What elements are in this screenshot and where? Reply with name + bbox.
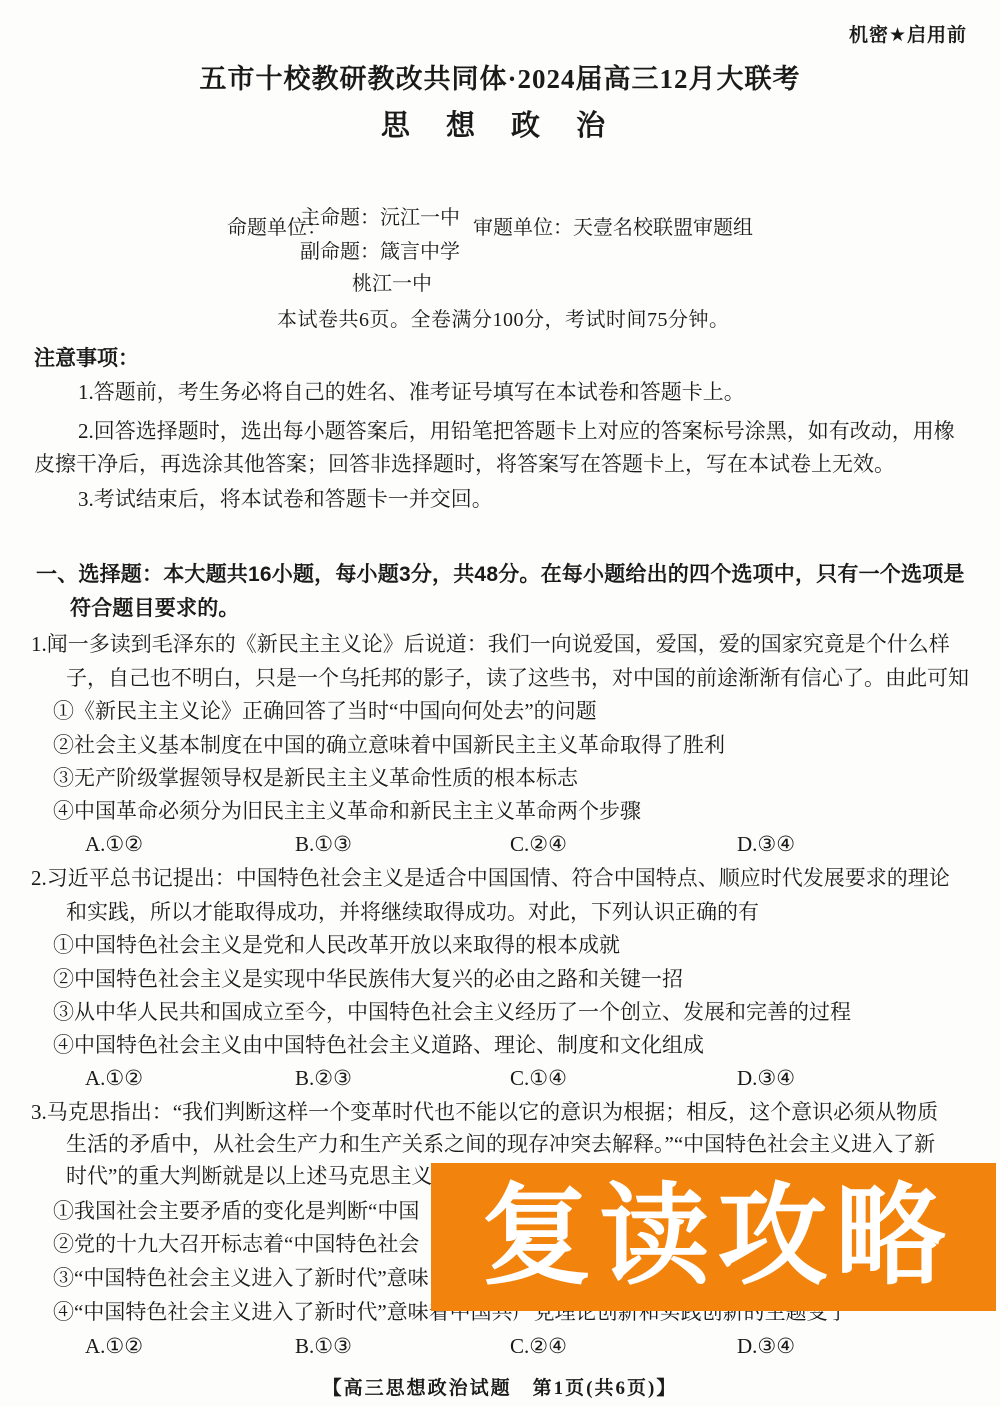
q1-line-1: 1.闻一多读到毛泽东的《新民主主义论》后说道：我们一向说爱国，爱国，爱的国家究竟… [31, 632, 950, 656]
q2-option-d: D.③④ [737, 1066, 795, 1090]
notice-heading: 注意事项： [34, 347, 139, 371]
q2-item-1: ①中国特色社会主义是党和人民改革开放以来取得的根本成就 [53, 933, 620, 957]
reviewer-unit: 审题单位：天壹名校联盟审题组 [473, 216, 753, 240]
co-setter-2: 桃江一中 [352, 272, 432, 296]
q1-item-4: ④中国革命必须分为旧民主主义革命和新民主主义革命两个步骤 [53, 799, 641, 823]
q1-item-2: ②社会主义基本制度在中国的确立意味着中国新民主主义革命取得了胜利 [53, 733, 725, 757]
q3-item-3: ③“中国特色社会主义进入了新时代”意味 [53, 1266, 429, 1290]
q1-item-1: ①《新民主主义论》正确回答了当时“中国向何处去”的问题 [53, 699, 597, 723]
q1-item-3: ③无产阶级掌握领导权是新民主主义革命性质的根本标志 [53, 766, 578, 790]
q3-item-1: ①我国社会主要矛盾的变化是判断“中国 [53, 1199, 419, 1223]
section-heading-line-2: 符合题目要求的。 [70, 597, 240, 621]
notice-item-2-line-1: 2.回答选择题时，选出每小题答案后，用铅笔把答题卡上对应的答案标号涂黑，如有改动… [78, 419, 955, 443]
q3-line-3: 时代”的重大判断就是以上述马克思主义 [66, 1164, 432, 1188]
main-setter: 主命题：沅江一中 [300, 206, 460, 230]
q1-line-2: 子，自己也不明白，只是一个乌托邦的影子，读了这些书，对中国的前途渐渐有信心了。由… [66, 666, 969, 690]
q3-option-a: A.①② [85, 1334, 143, 1358]
exam-paper-page: 机密★启用前 五市十校教研教改共同体·2024届高三12月大联考 思 想 政 治… [0, 0, 1000, 1407]
q2-item-3: ③从中华人民共和国成立至今，中国特色社会主义经历了一个创立、发展和完善的过程 [53, 1000, 851, 1024]
q2-item-2: ②中国特色社会主义是实现中华民族伟大复兴的必由之路和关键一招 [53, 967, 683, 991]
co-setter: 副命题：箴言中学 [300, 240, 460, 264]
q3-line-2: 生活的矛盾中，从社会生产力和生产关系之间的现存冲突去解释。”“中国特色社会主义进… [66, 1132, 935, 1156]
q3-item-2: ②党的十九大召开标志着“中国特色社会 [53, 1232, 419, 1256]
subject-title: 思 想 政 治 [0, 103, 1000, 144]
q1-option-c: C.②④ [510, 832, 567, 856]
q2-option-c: C.①④ [510, 1066, 567, 1090]
classification-label: 机密★启用前 [849, 20, 967, 47]
q2-line-1: 2.习近平总书记提出：中国特色社会主义是适合中国国情、符合中国特点、顺应时代发展… [31, 866, 950, 890]
q3-option-c: C.②④ [510, 1334, 567, 1358]
section-heading-line-1: 一、选择题：本大题共16小题，每小题3分，共48分。在每小题给出的四个选项中，只… [36, 563, 965, 587]
q2-line-2: 和实践，所以才能取得成功，并将继续取得成功。对此，下列认识正确的有 [66, 900, 759, 924]
q1-option-b: B.①③ [295, 832, 352, 856]
notice-item-1: 1.答题前，考生务必将自己的姓名、准考证号填写在本试卷和答题卡上。 [78, 380, 745, 404]
q2-option-b: B.②③ [295, 1066, 352, 1090]
notice-item-2-line-2: 皮擦干净后，再选涂其他答案；回答非选择题时，将答案写在答题卡上，写在本试卷上无效… [34, 452, 895, 476]
page-footer: 【高三思想政治试题 第1页(共6页)】 [0, 1373, 1000, 1400]
notice-item-3: 3.考试结束后，将本试卷和答题卡一并交回。 [78, 487, 493, 511]
q3-option-b: B.①③ [295, 1334, 352, 1358]
exam-title: 五市十校教研教改共同体·2024届高三12月大联考 [0, 57, 1000, 96]
q1-option-a: A.①② [85, 832, 143, 856]
watermark-text: 复读攻略 [474, 1163, 954, 1311]
q2-option-a: A.①② [85, 1066, 143, 1090]
q1-option-d: D.③④ [737, 832, 795, 856]
q2-item-4: ④中国特色社会主义由中国特色社会主义道路、理论、制度和文化组成 [53, 1033, 704, 1057]
exam-note: 本试卷共6页。全卷满分100分，考试时间75分钟。 [277, 308, 730, 332]
q3-line-1: 3.马克思指出：“我们判断这样一个变革时代也不能以它的意识为根据；相反，这个意识… [31, 1100, 938, 1124]
watermark-overlay: 复读攻略 [431, 1163, 996, 1311]
q3-option-d: D.③④ [737, 1334, 795, 1358]
